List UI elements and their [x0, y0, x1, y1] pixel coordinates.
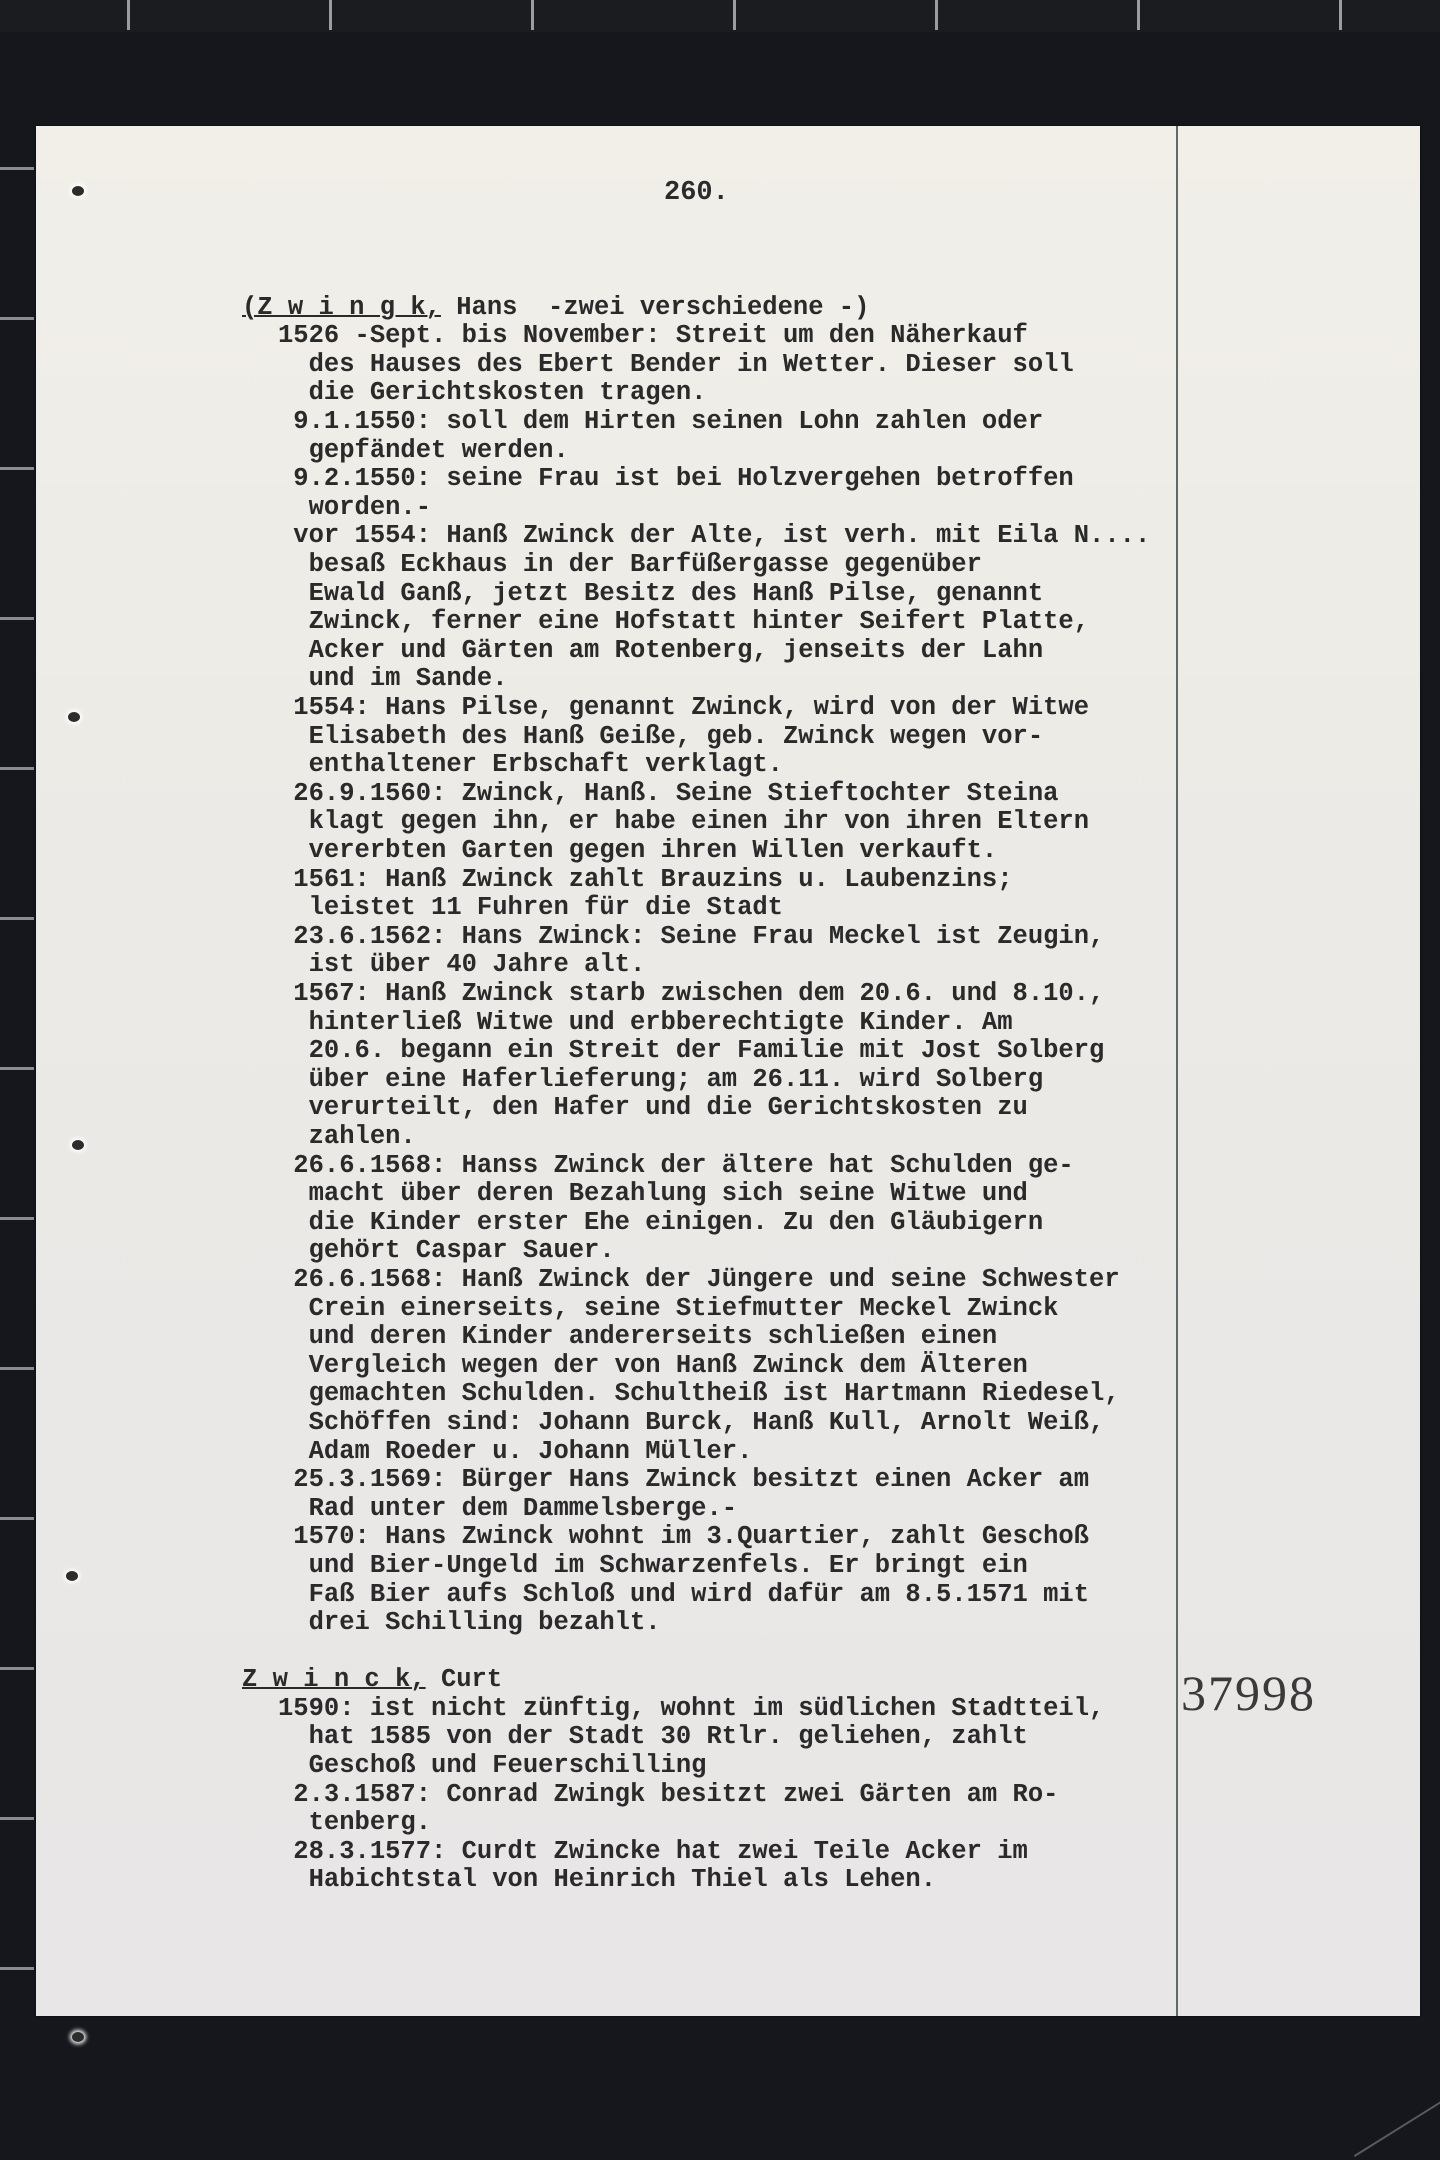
ruler-tick: [0, 467, 34, 470]
ruler-tick: [0, 1067, 34, 1070]
entry-line: des Hauses des Ebert Bender in Wetter. D…: [278, 351, 1074, 380]
page-number: 260.: [664, 178, 729, 208]
entry-line: die Kinder erster Ehe einigen. Zu den Gl…: [278, 1209, 1043, 1238]
ruler-tick: [0, 1667, 34, 1670]
entry-line: verurteilt, den Hafer und die Gerichtsko…: [278, 1094, 1028, 1123]
punch-hole-mark: [66, 1571, 78, 1581]
entry-line: zahlen.: [278, 1123, 416, 1152]
punch-hole-mark: [72, 2032, 84, 2042]
entry-line: Acker und Gärten am Rotenberg, jenseits …: [278, 637, 1043, 666]
entry-line: und im Sande.: [278, 665, 508, 694]
entry-line: 28.3.1577: Curdt Zwincke hat zwei Teile …: [278, 1838, 1028, 1867]
entry-line: Adam Roeder u. Johann Müller.: [278, 1438, 752, 1467]
ruler-tick: [0, 1367, 34, 1370]
entry-line: 9.1.1550: soll dem Hirten seinen Lohn za…: [278, 408, 1043, 437]
entry-line: tenberg.: [278, 1809, 431, 1838]
ruler-tick: [0, 767, 34, 770]
entry-line: Rad unter dem Dammelsberge.-: [278, 1495, 737, 1524]
entry-line: drei Schilling bezahlt.: [278, 1609, 661, 1638]
film-tick: [531, 0, 534, 30]
entry-line: die Gerichtskosten tragen.: [278, 379, 706, 408]
ruler-tick: [0, 1817, 34, 1820]
entry-heading-rest: Hans -zwei verschiedene -): [441, 293, 869, 322]
entry-heading-name: (Z w i n g k,: [242, 293, 441, 322]
entry-line: 26.6.1568: Hanss Zwinck der ältere hat S…: [278, 1152, 1074, 1181]
entry-line: 1570: Hans Zwinck wohnt im 3.Quartier, z…: [278, 1523, 1089, 1552]
entry-line: 2.3.1587: Conrad Zwingk besitzt zwei Gär…: [278, 1781, 1058, 1810]
ruler-tick: [0, 1217, 34, 1220]
entry-line: 9.2.1550: seine Frau ist bei Holzvergehe…: [278, 465, 1074, 494]
entry-line: hat 1585 von der Stadt 30 Rtlr. geliehen…: [278, 1723, 1028, 1752]
entry-line: macht über deren Bezahlung sich seine Wi…: [278, 1180, 1028, 1209]
entry-line: besaß Eckhaus in der Barfüßergasse gegen…: [278, 551, 982, 580]
entry-zwinck-curt: Z w i n c k, Curt 1590: ist nicht zünfti…: [36, 126, 97, 412]
entry-line: gepfändet werden.: [278, 437, 569, 466]
entry-line: 25.3.1569: Bürger Hans Zwinck besitzt ei…: [278, 1466, 1089, 1495]
entry-line: Elisabeth des Hanß Geiße, geb. Zwinck we…: [278, 723, 1043, 752]
entry-line: gehört Caspar Sauer.: [278, 1237, 615, 1266]
entry-heading-rest: Curt: [426, 1665, 503, 1694]
entry-line: 1526 -Sept. bis November: Streit um den …: [278, 322, 1028, 351]
margin-line: [1176, 126, 1178, 2016]
entry-line: Zwinck, ferner eine Hofstatt hinter Seif…: [278, 608, 1089, 637]
entry-line: 23.6.1562: Hans Zwinck: Seine Frau Mecke…: [278, 923, 1104, 952]
ruler-tick: [0, 317, 34, 320]
entry-line: Ewald Ganß, jetzt Besitz des Hanß Pilse,…: [278, 580, 1043, 609]
entry-heading: (Z w i n g k, Hans -zwei verschiedene -): [242, 294, 869, 323]
entry-line: Vergleich wegen der von Hanß Zwinck dem …: [278, 1352, 1028, 1381]
entry-line: 20.6. begann ein Streit der Familie mit …: [278, 1037, 1104, 1066]
entry-line: worden.-: [278, 494, 431, 523]
film-tick: [329, 0, 332, 30]
entry-line: 1554: Hans Pilse, genannt Zwinck, wird v…: [278, 694, 1089, 723]
entry-line: vererbten Garten gegen ihren Willen verk…: [278, 837, 997, 866]
entry-line: 1561: Hanß Zwinck zahlt Brauzins u. Laub…: [278, 866, 1013, 895]
entry-line: Habichtstal von Heinrich Thiel als Lehen…: [278, 1866, 936, 1895]
film-tick: [127, 0, 130, 30]
entry-line: 1567: Hanß Zwinck starb zwischen dem 20.…: [278, 980, 1104, 1009]
entry-line: leistet 11 Fuhren für die Stadt: [278, 894, 783, 923]
entry-line: 26.6.1568: Hanß Zwinck der Jüngere und s…: [278, 1266, 1120, 1295]
entry-line: Faß Bier aufs Schloß und wird dafür am 8…: [278, 1581, 1089, 1610]
document-page: 260. (Z w i n g k, Hans -zwei verschiede…: [36, 126, 1420, 2016]
scratch-mark: [1354, 2097, 1440, 2157]
film-tick: [1339, 0, 1342, 30]
entry-line: 26.9.1560: Zwinck, Hanß. Seine Stieftoch…: [278, 780, 1058, 809]
ruler-tick: [0, 1517, 34, 1520]
entry-line: und Bier-Ungeld im Schwarzenfels. Er bri…: [278, 1552, 1028, 1581]
entry-line: hinterließ Witwe und erbberechtigte Kind…: [278, 1009, 1013, 1038]
entry-line: 1590: ist nicht zünftig, wohnt im südlic…: [278, 1695, 1104, 1724]
archive-stamp-number: 37998: [1181, 1664, 1316, 1722]
entry-line: gemachten Schulden. Schultheiß ist Hartm…: [278, 1380, 1120, 1409]
entry-line: Crein einerseits, seine Stiefmutter Meck…: [278, 1295, 1058, 1324]
film-tick: [733, 0, 736, 30]
film-tick: [1137, 0, 1140, 30]
film-strip-border: [0, 0, 1440, 32]
ruler-tick: [0, 617, 34, 620]
entry-line: vor 1554: Hanß Zwinck der Alte, ist verh…: [278, 522, 1150, 551]
entry-line: und deren Kinder andererseits schließen …: [278, 1323, 997, 1352]
entry-line: Geschoß und Feuerschilling: [278, 1752, 706, 1781]
entry-line: klagt gegen ihn, er habe einen ihr von i…: [278, 808, 1089, 837]
entry-line: enthaltener Erbschaft verklagt.: [278, 751, 783, 780]
entry-line: Schöffen sind: Johann Burck, Hanß Kull, …: [278, 1409, 1104, 1438]
ruler-tick: [0, 167, 34, 170]
entry-line: über eine Haferlieferung; am 26.11. wird…: [278, 1066, 1043, 1095]
entry-heading-name: Z w i n c k,: [242, 1665, 426, 1694]
ruler-tick: [0, 917, 34, 920]
film-tick: [935, 0, 938, 30]
ruler-tick: [0, 1967, 34, 1970]
entry-line: ist über 40 Jahre alt.: [278, 951, 645, 980]
entry-heading: Z w i n c k, Curt: [242, 1666, 502, 1695]
